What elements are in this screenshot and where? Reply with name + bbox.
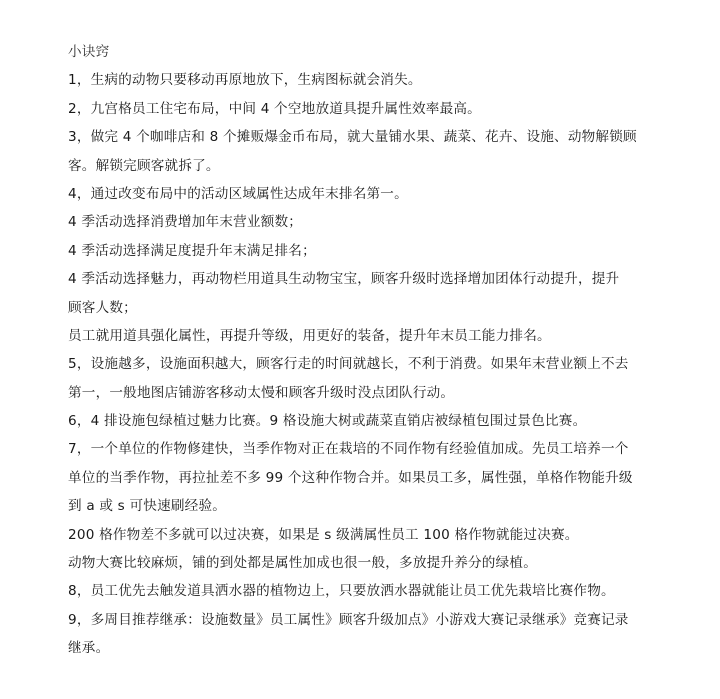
tip-line-4c-cont: 顾客人数；	[68, 294, 668, 322]
tip-line-1: 1，生病的动物只要移动再原地放下，生病图标就会消失。	[68, 66, 668, 94]
tip-line-7-cont2: 到 a 或 s 可快速刷经验。	[68, 492, 668, 520]
tip-line-3: 3，做完 4 个咖啡店和 8 个摊贩爆金币布局，就大量铺水果、蔬菜、花卉、设施、…	[68, 123, 668, 151]
tip-line-4b: 4 季活动选择满足度提升年末满足排名；	[68, 237, 668, 265]
tips-document: 小诀窍 1，生病的动物只要移动再原地放下，生病图标就会消失。 2，九宫格员工住宅…	[68, 38, 668, 663]
tip-line-9: 9，多周目推荐继承：设施数量》员工属性》顾客升级加点》小游戏大赛记录继承》竞赛记…	[68, 606, 668, 634]
tip-line-4: 4，通过改变布局中的活动区域属性达成年末排名第一。	[68, 180, 668, 208]
tip-line-2: 2，九宫格员工住宅布局，中间 4 个空地放道具提升属性效率最高。	[68, 95, 668, 123]
document-title: 小诀窍	[68, 38, 668, 66]
tip-line-4a: 4 季活动选择消费增加年末营业额数；	[68, 208, 668, 236]
tip-line-4d: 员工就用道具强化属性，再提升等级，用更好的装备，提升年末员工能力排名。	[68, 322, 668, 350]
tip-line-3-cont: 客。解锁完顾客就拆了。	[68, 152, 668, 180]
tip-line-7b: 动物大赛比较麻烦，铺的到处都是属性加成也很一般，多放提升养分的绿植。	[68, 549, 668, 577]
tip-line-9-cont: 继承。	[68, 634, 668, 662]
tip-line-5-cont: 第一，一般地图店铺游客移动太慢和顾客升级时没点团队行动。	[68, 379, 668, 407]
tip-line-8: 8，员工优先去触发道具洒水器的植物边上，只要放洒水器就能让员工优先栽培比赛作物。	[68, 577, 668, 605]
tip-line-6: 6，4 排设施包绿植过魅力比赛。9 格设施大树或蔬菜直销店被绿植包围过景色比赛。	[68, 407, 668, 435]
tip-line-4c: 4 季活动选择魅力，再动物栏用道具生动物宝宝，顾客升级时选择增加团体行动提升，提…	[68, 265, 668, 293]
tip-line-5: 5，设施越多，设施面积越大，顾客行走的时间就越长，不利于消费。如果年末营业额上不…	[68, 350, 668, 378]
tip-line-7-cont: 单位的当季作物，再拉扯差不多 99 个这种作物合并。如果员工多，属性强，单格作物…	[68, 464, 668, 492]
tip-line-7: 7，一个单位的作物修建快，当季作物对正在栽培的不同作物有经验值加成。先员工培养一…	[68, 435, 668, 463]
tip-line-7a: 200 格作物差不多就可以过决赛，如果是 s 级满属性员工 100 格作物就能过…	[68, 521, 668, 549]
